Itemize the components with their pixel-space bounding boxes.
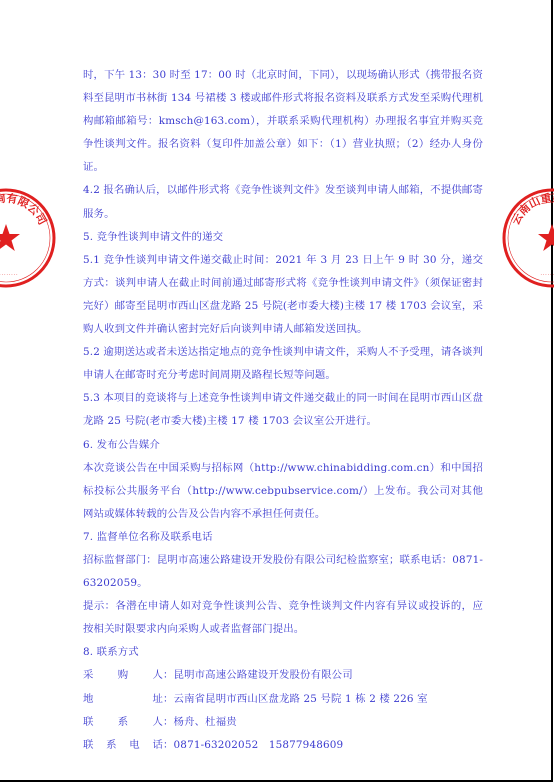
svg-text:··········: ·········· xyxy=(540,272,554,277)
contact-separator: ： xyxy=(163,734,174,757)
company-seal-stamp-right: 云南山重建设工程 ·········· xyxy=(500,186,554,290)
svg-text:招标咨询有限公司: 招标咨询有限公司 xyxy=(0,191,50,228)
paragraph-registration-details: 时，下午 13：30 时至 17：00 时（北京时间，下同），以现场确认形式（携… xyxy=(83,64,483,179)
contact-value: 杨舟、杜福贵 xyxy=(174,711,237,734)
company-seal-stamp-left: 招标咨询有限公司 ·········· xyxy=(0,186,58,290)
contact-row-phone: 联 系 电 话 ： 0871-63202052 15877948609 xyxy=(83,734,483,757)
svg-text:··········: ·········· xyxy=(0,272,18,277)
contact-label: 采 购 人 xyxy=(83,664,163,687)
contact-row-address: 地 址 ： 云南省昆明市西山区盘龙路 25 号院 1 栋 2 楼 226 室 xyxy=(83,688,483,711)
contact-value: 云南省昆明市西山区盘龙路 25 号院 1 栋 2 楼 226 室 xyxy=(174,688,428,711)
document-page: 时，下午 13：30 时至 17：00 时（北京时间，下同），以现场确认形式（携… xyxy=(0,0,553,782)
contact-row-person: 联 系 人 ： 杨舟、杜福贵 xyxy=(83,711,483,734)
stamp-left-text: 招标咨询有限公司 xyxy=(0,191,50,228)
paragraph-5-3: 5.3 本项目的竞谈将与上述竞争性谈判申请文件递交截止的同一时间在昆明市西山区盘… xyxy=(83,387,483,433)
star-icon xyxy=(0,224,20,251)
paragraph-5-1: 5.1 竞争性谈判申请文件递交截止时间：2021 年 3 月 23 日上午 9 … xyxy=(83,249,483,341)
contact-label: 地 址 xyxy=(83,688,163,711)
paragraph-notice: 提示：各潜在申请人如对竞争性谈判公告、竞争性谈判文件内容有异议或投诉的，应按相关… xyxy=(83,595,483,641)
contact-separator: ： xyxy=(163,664,174,687)
paragraph-media: 本次竞谈公告在中国采购与招标网（http://www.chinabidding.… xyxy=(83,457,483,526)
paragraph-supervisor: 招标监督部门：昆明市高速公路建设开发股份有限公司纪检监察室；联系电话：0871-… xyxy=(83,549,483,595)
document-body: 时，下午 13：30 时至 17：00 时（北京时间，下同），以现场确认形式（携… xyxy=(83,64,483,757)
heading-section-8: 8. 联系方式 xyxy=(83,641,483,664)
contact-separator: ： xyxy=(163,688,174,711)
contact-row-purchaser: 采 购 人 ： 昆明市高速公路建设开发股份有限公司 xyxy=(83,664,483,687)
paragraph-4-2: 4.2 报名确认后，以邮件形式将《竞争性谈判文件》发至谈判申请人邮箱，不提供邮寄… xyxy=(83,179,483,225)
contact-separator: ： xyxy=(163,711,174,734)
contact-label: 联 系 人 xyxy=(83,711,163,734)
paragraph-5-2: 5.2 逾期送达或者未送达指定地点的竞争性谈判申请文件，采购人不予受理，请各谈判… xyxy=(83,341,483,387)
contact-value: 0871-63202052 15877948609 xyxy=(174,734,344,757)
heading-section-5: 5. 竞争性谈判申请文件的递交 xyxy=(83,226,483,249)
heading-section-7: 7. 监督单位名称及联系电话 xyxy=(83,526,483,549)
contact-label: 联 系 电 话 xyxy=(83,734,163,757)
star-icon xyxy=(538,224,554,251)
heading-section-6: 6. 发布公告媒介 xyxy=(83,434,483,457)
contact-value: 昆明市高速公路建设开发股份有限公司 xyxy=(174,664,353,687)
